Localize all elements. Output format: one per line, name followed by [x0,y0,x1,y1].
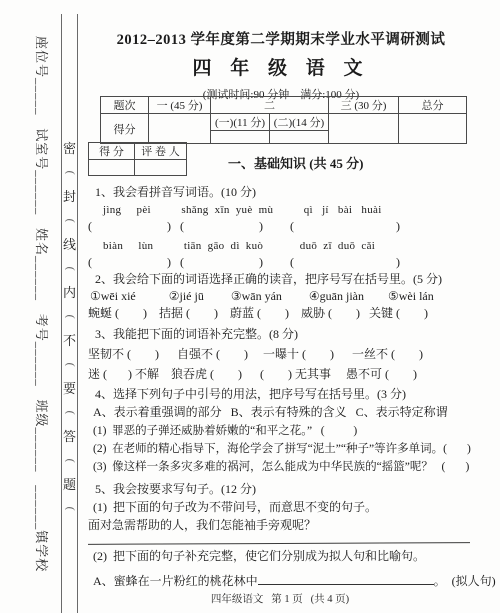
q5-item-2a-suffix: 。 (拟人句) [434,574,496,588]
q2-options: ①wēi xié ②jié jū ③wān yán ④guān jiàn ⑤wè… [90,289,434,304]
wavy-separator-icon: ( [64,506,75,511]
wavy-separator-icon: ( [64,410,75,415]
q1-pinyin-row1: jìng pèi shǎng xīn yuè mù qì jí bài huài [103,203,382,218]
grader-box: 得 分 评 卷 人 [88,142,187,176]
fill-blank-line [258,572,434,585]
wavy-separator-icon: ( [64,218,75,223]
q5-item-2: (2) 把下面的句子补充完整，使它们分别成为拟人句和比喻句。 [93,549,425,564]
q4-title: 4、选择下列句子中引号的用法，把序号写在括号里。(3 分) [95,387,406,402]
q4-item-3: (3) 像这样一条多灾多难的祸河，怎么能成为中华民族的“摇篮”呢？ ( ) [93,460,469,475]
q3-title: 3、我能把下面的词语补充完整。(8 分) [95,327,298,342]
wavy-separator-icon: ( [64,362,75,367]
q1-title: 1、我会看拼音写词语。(10 分) [95,185,256,200]
score-col-3: 三 (30 分) [329,97,399,114]
student-info-fields: 座位号_____ 试室号______ 姓名______ 考号______ 班级_… [32,36,52,611]
q2-title: 2、我会给下面的词语选择正确的读音，把序号写在括号里。(5 分) [95,272,442,287]
q5-item-2a-prefix: A、蜜蜂在一片粉红的桃花林中 [93,574,258,588]
grader-person-cell [135,160,187,176]
q4-options: A、表示着重强调的部分 B、表示有特殊的含义 C、表示特定称谓 [93,405,448,420]
score-sub-cell-2 [270,131,329,144]
seal-char: 要 [63,382,76,395]
grader-score-label: 得 分 [89,143,135,160]
q4-item-1: (1) 罪恶的子弹还威胁着娇嫩的“和平之花。” ( ) [93,424,357,439]
score-col-1: 一 (45 分) [149,97,211,114]
seal-char: 内 [63,286,76,299]
grader-score-cell [89,160,135,176]
score-sub-2: (二)(14 分) [270,114,329,131]
score-cell-1 [149,114,211,144]
score-sub-1: (一)(11 分) [211,114,270,131]
paper-header: 2012–2013 学年度第二学期期末学业水平调研测试 四 年 级 语 文 (测… [90,28,472,102]
q5-title: 5、我会按要求写句子。(12 分) [95,482,256,497]
seal-char: 封 [63,190,76,203]
section-heading: 一、基础知识 (共 45 分) [228,153,363,172]
score-row-label: 得分 [101,114,149,144]
page-footer: 四年级语文 第 1 页 (共 4 页) [90,591,470,606]
score-cell-total [399,114,467,144]
score-col-2: 二 [211,97,329,114]
paper-title: 2012–2013 学年度第二学期期末学业水平调研测试 [90,28,472,49]
q1-pinyin-row2: biàn lùn tiān gāo dì kuò duō zī duō cǎi [103,239,375,254]
wavy-separator-icon: ( [64,314,75,319]
grader-person-label: 评 卷 人 [135,143,187,160]
q3-row1: 坚韧不 ( ) 自强不 ( ) 一曝十 ( ) 一丝不 ( ) [88,347,423,362]
answer-line [88,542,470,545]
wavy-separator-icon: ( [64,266,75,271]
score-col-header: 题次 [101,97,149,114]
seal-char: 密 [63,142,76,155]
wavy-separator-icon: ( [64,170,75,175]
q1-bracket-row1: ( ) ( ) ( ) [88,219,400,234]
q1-bracket-row2: ( ) ( ) ( ) [88,255,400,270]
wavy-separator-icon: ( [64,458,75,463]
seal-char: 线 [63,238,76,251]
seal-line-strip: 密 ( 封 ( 线 ( 内 ( 不 ( 要 ( 答 ( 题 ( [61,14,78,613]
paper-subject: 四 年 级 语 文 [90,53,472,80]
score-sub-cell-1 [211,131,270,144]
q3-row2: 迷 ( ) 不解 狼吞虎 ( ) ( ) 无其事 愚不可 ( ) [88,367,417,382]
score-summary-table: 题次 一 (45 分) 二 三 (30 分) 总分 得分 (一)(11 分) (… [100,96,467,144]
q5-sentence-1: 面对急需帮助的人，我们怎能袖手旁观呢？ [88,518,316,533]
score-cell-3 [329,114,399,144]
seal-char: 题 [63,478,76,491]
seal-char: 答 [63,430,76,443]
q5-item-1: (1) 把下面的句子改为不带问号，而意思不变的句子。 [93,500,377,515]
score-col-total: 总分 [399,97,467,114]
q5-item-2a: A、蜜蜂在一片粉红的桃花林中。 (拟人句) [93,572,496,589]
q2-words: 蜿蜒 ( ) 拮据 ( ) 蔚蓝 ( ) 威胁 ( ) 关键 ( ) [88,306,428,321]
q4-item-2: (2) 在老师的精心指导下，海伦学会了拼写“泥土”“种子”等许多单词。( ) [93,442,471,457]
seal-char: 不 [63,334,76,347]
